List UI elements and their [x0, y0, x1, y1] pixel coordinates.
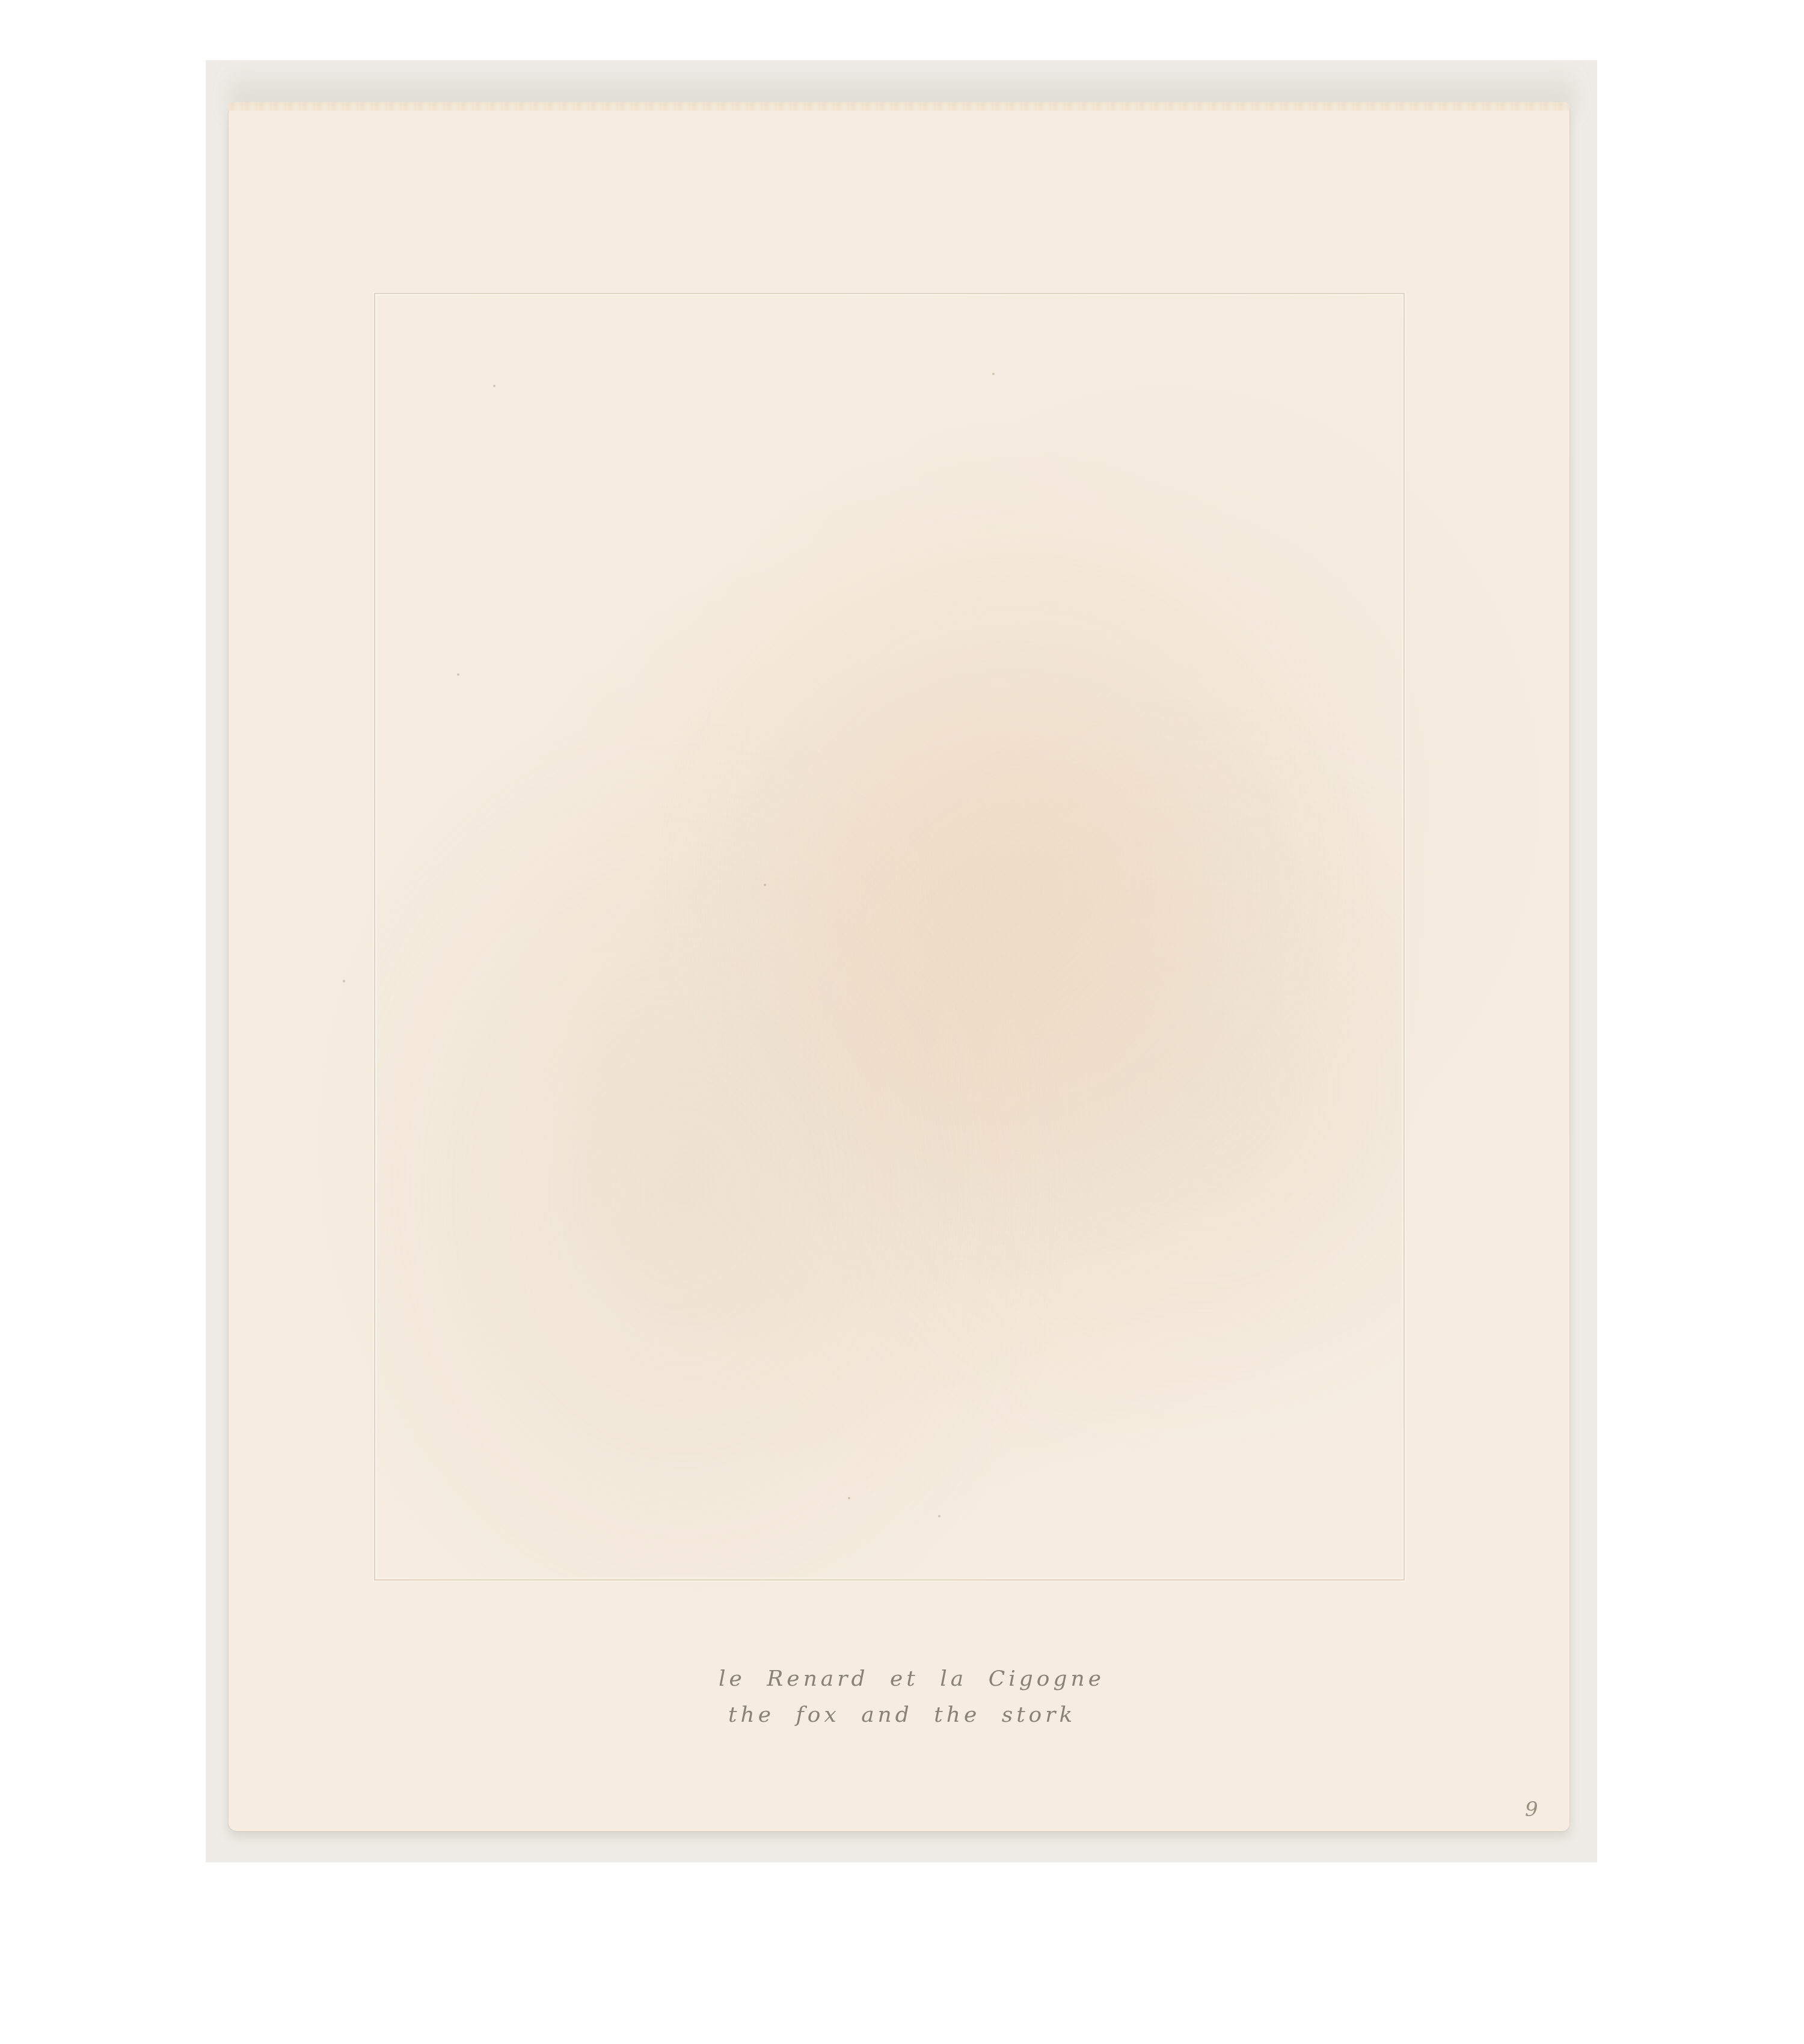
paper-speck [938, 1515, 940, 1517]
page-number: 9 [1525, 1798, 1538, 1822]
paper-speck [764, 884, 766, 886]
caption-english-title: the fox and the stork [728, 1697, 1140, 1733]
paper-speck [457, 673, 459, 676]
deckled-edge-top [229, 102, 1569, 111]
paper-speck [343, 980, 345, 982]
paper-speck [493, 385, 495, 387]
plate-mark [374, 293, 1405, 1580]
paper-speck [848, 1497, 850, 1499]
handwritten-caption: le Renard et la Cigogne the fox and the … [719, 1661, 1140, 1733]
caption-french-title: le Renard et la Cigogne [719, 1661, 1140, 1697]
paper-speck [992, 373, 995, 375]
